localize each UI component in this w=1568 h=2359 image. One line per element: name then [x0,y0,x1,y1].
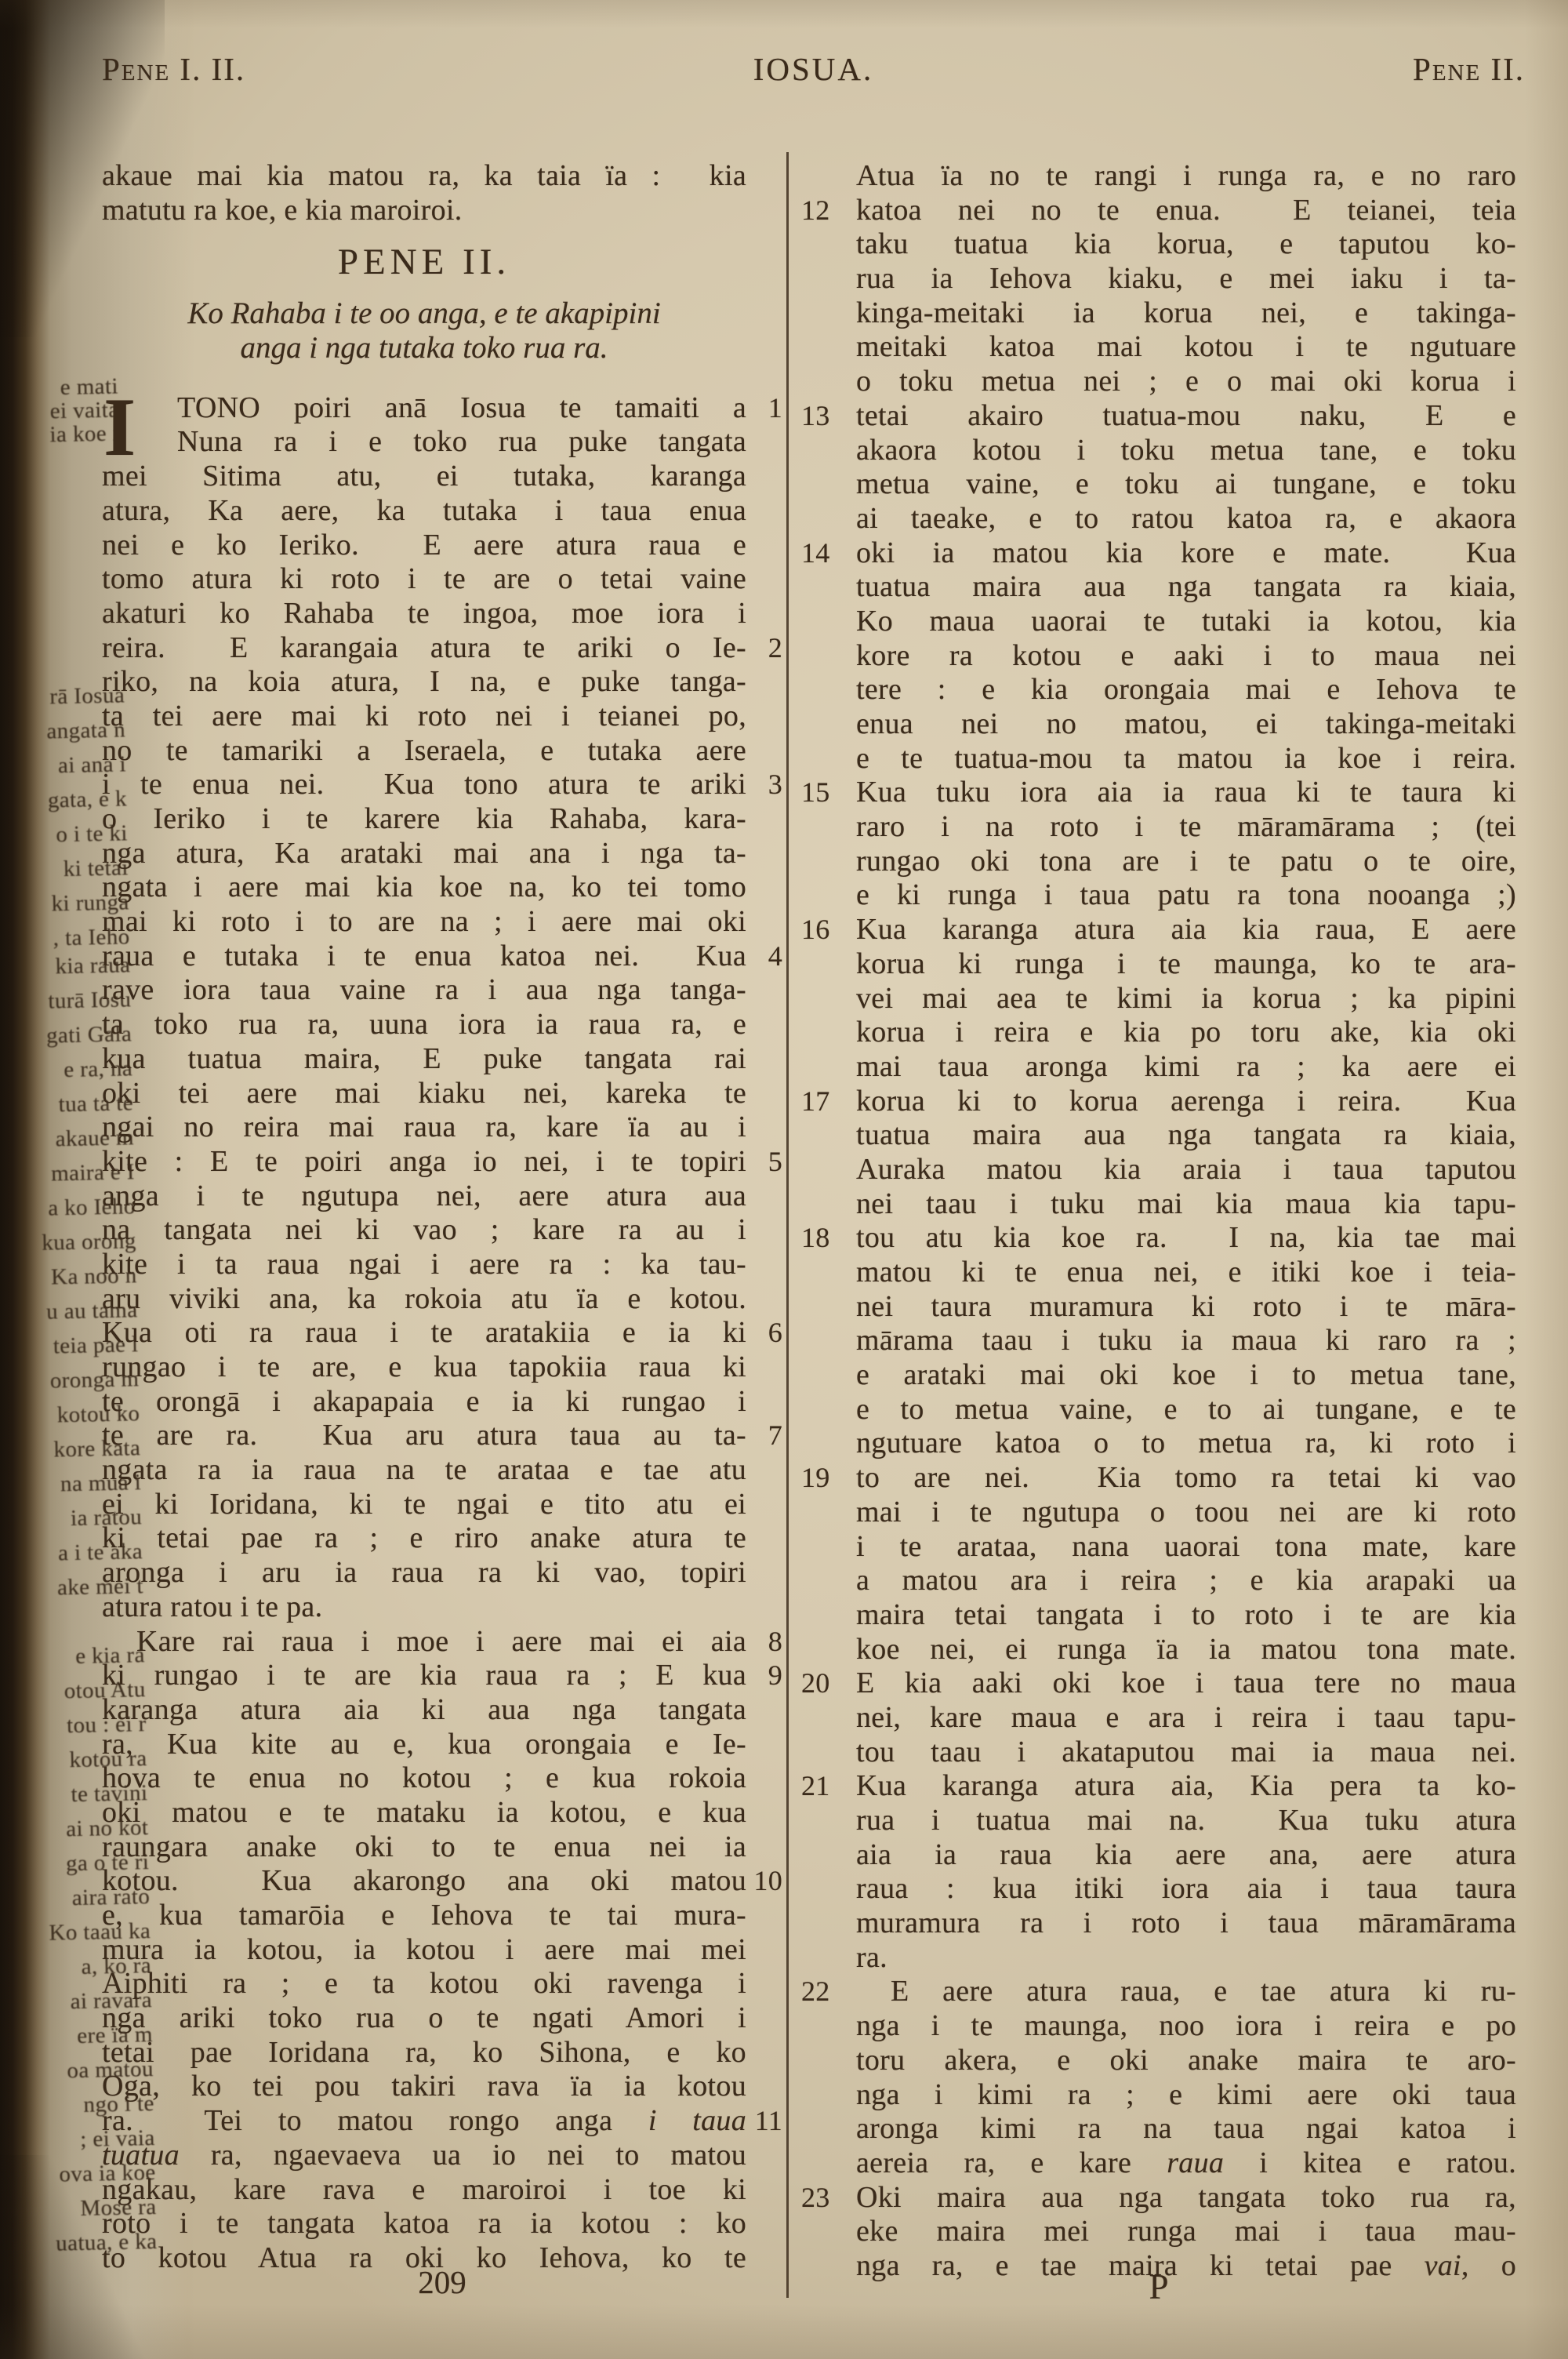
text-line-row: raua : kua itiki iora aia i taua taura [801,1872,1516,1906]
text-line-row: Auraka matou kia araia i taua taputou [801,1153,1516,1187]
verse-number [801,1941,856,1976]
text-line-row: ngai no reira mai raua ra, kare ïa au i [102,1110,782,1145]
signature-mark: P [801,2266,1516,2307]
text-line: enua nei no matou, ei takinga-meitaki [856,707,1516,742]
text-line: atura, Ka aere, ka tutaka i taua enua [102,494,746,529]
verse-number [801,1906,856,1941]
text-line: matou ki te enua nei, e itiki koe i teia… [856,1256,1516,1290]
text-line-row: tuatua ra, ngaevaeva ua io nei to matou [102,2139,782,2173]
text-line-row: matutu ra koe, e kia maroiroi. [102,194,782,228]
verse-number [801,2112,856,2146]
text-line-row: mārama taau i tuku ia maua ki raro ra ; [801,1324,1516,1358]
verse-number [801,296,856,331]
text-line: i te enua nei. Kua tono atura te ariki [102,768,746,802]
text-line-row: Kare rai raua i moe i aere mai ei aia8 [102,1625,782,1659]
text-line: nga ariki toko rua o te ngati Amori i [102,2001,746,2036]
text-line-row: te orongā i akapapaia e ia ki rungao i [102,1385,782,1419]
verse-number [801,467,856,502]
verse-number: 12 [801,194,856,228]
text-line-row: 19to are nei. Kia tomo ra tetai ki vao [801,1461,1516,1496]
text-line-row: metua vaine, e toku ai tungane, e toku [801,467,1516,502]
verse-number [801,159,856,194]
text-line: ei ki Ioridana, ki te ngai e tito atu ei [102,1488,746,1522]
text-line-row: aereia ra, e kare raua i kitea e ratou. [801,2146,1516,2181]
text-line: ngata ra ia raua na te arataa e tae atu [102,1453,746,1488]
text-line-row: nga i kimi ra ; e kimi aere oki taua [801,2078,1516,2113]
text-line: reira. E karangaia atura te ariki o Ie- [102,631,746,666]
text-line-row: meitaki katoa mai kotou i te ngutuare [801,330,1516,365]
verse-number [746,1110,782,1145]
text-line-row: ta tei aere mai ki roto nei i teianei po… [102,700,782,734]
text-line: maira tetai tangata i to roto i te are k… [856,1598,1516,1633]
verse-number [746,1590,782,1625]
right-column: Atua ïa no te rangi i runga ra, e no rar… [801,159,1516,2284]
text-line-row: 23Oki maira aua nga tangata toko rua ra, [801,2181,1516,2215]
text-line-row: TONO poiri anā Iosua te tamaiti a1 [102,391,782,426]
verse-number [801,227,856,262]
text-line: tuatua maira aua nga tangata ra kiaia, [856,1118,1516,1153]
text-line: kite i ta raua ngai i aere ra : ka tau- [102,1248,746,1282]
text-line: ngakau, kare rava e maroiroi i toe ki [102,2173,746,2208]
text-line: karanga atura aia ki aua nga tangata [102,1693,746,1728]
verse-number: 3 [746,768,782,802]
text-line: rua i tuatua mai na. Kua tuku atura [856,1804,1516,1838]
verse-number [801,2078,856,2113]
text-line-row: e ki runga i taua patu ra tona nooanga ;… [801,878,1516,913]
verse-number: 6 [746,1316,782,1350]
text-line: ki tetai pae ra ; e riro anake atura te [102,1521,746,1556]
verse-number [801,845,856,879]
text-line-row: reira. E karangaia atura te ariki o Ie-2 [102,631,782,666]
chapter-summary-line: Ko Rahaba i te oo anga, e te akapipini [102,296,746,331]
text-line-row: ra. Tei to matou rongo anga i taua11 [102,2104,782,2139]
text-line-row: ai taeake, e to ratou katoa ra, e akaora [801,502,1516,536]
text-line-row: kore ra kotou e aaki i to maua nei [801,639,1516,674]
text-line: aia ia raua kia aere ana, aere atura [856,1838,1516,1873]
running-head-right: Pene II. [1413,50,1525,88]
text-line-row: akaturi ko Rahaba te ingoa, moe iora i [102,597,782,631]
text-line-row: vei mai aea te kimi ia korua ; ka pipini [801,982,1516,1016]
text-line-row: maira tetai tangata i to roto i te are k… [801,1598,1516,1633]
text-line-row: ta toko rua ra, uuna iora ia raua ra, e [102,1008,782,1042]
text-line-row: rave iora taua vaine ra i aua nga tanga- [102,973,782,1008]
text-line: akaturi ko Rahaba te ingoa, moe iora i [102,597,746,631]
text-line: e arataki mai oki koe i to metua tane, [856,1358,1516,1393]
text-line: Nuna ra i e toko rua puke tangata [102,425,746,460]
text-line-row: oki matou e te mataku ia kotou, e kua [102,1796,782,1830]
text-line-row: toru akera, e oki anake maira te aro- [801,2044,1516,2078]
verse-number: 10 [746,1864,782,1899]
text-line-row: atura ratou i te pa. [102,1590,782,1625]
verse-number: 8 [746,1625,782,1659]
text-line-row: enua nei no matou, ei takinga-meitaki [801,707,1516,742]
verse-number: 23 [801,2181,856,2215]
text-line-row: 15Kua tuku iora aia ia raua ki te taura … [801,776,1516,810]
verse-number [801,1290,856,1325]
text-line: mārama taau i tuku ia maua ki raro ra ; [856,1324,1516,1358]
verse-number [746,1077,782,1111]
text-line: kite : E te poiri anga io nei, i te topi… [102,1145,746,1179]
text-line: kore ra kotou e aaki i to maua nei [856,639,1516,674]
text-line-row: kotou. Kua akarongo ana oki matou10 [102,1864,782,1899]
verse-number [746,159,782,194]
verse-number [746,2173,782,2208]
text-line: nga atura, Ka arataki mai ana i nga ta- [102,837,746,871]
text-line-row: mai taua aronga kimi ra ; ka aere ei [801,1050,1516,1085]
text-line: o Ieriko i te karere kia Rahaba, kara- [102,802,746,837]
text-line: Kua oti ra raua i te aratakiia e ia ki [102,1316,746,1350]
text-line: muramura ra i roto i taua māramārama [856,1906,1516,1941]
text-line: tetai pae Ioridana ra, ko Sihona, e ko [102,2036,746,2070]
text-line: e ki runga i taua patu ra tona nooanga ;… [856,878,1516,913]
verse-number [801,365,856,399]
text-line: no te tamariki a Iseraela, e tutaka aere [102,734,746,769]
text-line: Kua tuku iora aia ia raua ki te taura ki [856,776,1516,810]
text-line-row: nga i te maunga, noo iora i reira e po [801,2009,1516,2044]
verse-number: 19 [801,1461,856,1496]
text-line-row: rungao i te are, e kua tapokiia raua ki [102,1350,782,1385]
verse-number [801,1804,856,1838]
text-line: aru viviki ana, ka rokoia atu ïa e kotou… [102,1282,746,1317]
verse-number [746,1248,782,1282]
verse-number [801,2044,856,2078]
text-line: toru akera, e oki anake maira te aro- [856,2044,1516,2078]
running-head-title: IOSUA. [102,50,1525,88]
text-line-row: a matou ara i reira ; e kia arapaki ua [801,1564,1516,1598]
text-line: rave iora taua vaine ra i aua nga tanga- [102,973,746,1008]
text-line: e, kua tamarōia e Iehova te tai mura- [102,1899,746,1933]
verse-number [746,2036,782,2070]
verse-number: 4 [746,940,782,974]
text-line-row: kite : E te poiri anga io nei, i te topi… [102,1145,782,1179]
text-line: nei, kare maua e ara i reira i taau tapu… [856,1701,1516,1736]
text-line-row: mura ia kotou, ia kotou i aere mai mei [102,1933,782,1968]
verse-number [746,973,782,1008]
text-line-row: Oga, ko tei pou takiri rava ïa ia kotou [102,2070,782,2104]
text-line: vei mai aea te kimi ia korua ; ka pipini [856,982,1516,1016]
text-line-row: tuatua maira aua nga tangata ra kiaia, [801,570,1516,605]
text-line-row: mei Sitima atu, ei tutaka, karanga [102,460,782,494]
verse-number [801,1393,856,1427]
verse-number [801,1153,856,1187]
text-line: hova te enua no kotou ; e kua rokoia [102,1761,746,1796]
verse-number [801,1872,856,1906]
text-line-row: kua tuatua maira, E puke tangata rai [102,1042,782,1077]
text-line-row: Atua ïa no te rangi i runga ra, e no rar… [801,159,1516,194]
verse-number [801,2215,856,2249]
text-line-row: nei e ko Ieriko. E aere atura raua e [102,529,782,563]
text-line: nei e ko Ieriko. E aere atura raua e [102,529,746,563]
text-line-row: ngutuare katoa o to metua ra, ki roto i [801,1427,1516,1461]
verse-number [801,1633,856,1667]
text-line-row: kite i ta raua ngai i aere ra : ka tau- [102,1248,782,1282]
text-line: nga i te maunga, noo iora i reira e po [856,2009,1516,2044]
verse-number [746,597,782,631]
text-line: rua ia Iehova kiaku, e mei iaku i ta- [856,262,1516,296]
text-line: tuatua maira aua nga tangata ra kiaia, [856,570,1516,605]
text-line: katoa nei no te enua. E teianei, teia [856,194,1516,228]
text-line-row: i te arataa, nana uaorai tona mate, kare [801,1530,1516,1565]
verse-number: 1 [746,391,782,426]
text-line-row: Nuna ra i e toko rua puke tangata [102,425,782,460]
verse-number [801,639,856,674]
verse-number [801,2146,856,2181]
text-line-row: mai i te ngutupa o toou nei are ki roto [801,1496,1516,1530]
verse-number [746,1967,782,2001]
verse-number: 13 [801,399,856,434]
verse-number [801,330,856,365]
text-line: te are ra. Kua aru atura taua au ta- [102,1419,746,1453]
verse-number [746,1556,782,1590]
text-line-row: Kua oti ra raua i te aratakiia e ia ki6 [102,1316,782,1350]
verse-number: 15 [801,776,856,810]
text-line: Atua ïa no te rangi i runga ra, e no rar… [856,159,1516,194]
text-line-row: 12katoa nei no te enua. E teianei, teia [801,194,1516,228]
text-line: kotou. Kua akarongo ana oki matou [102,1864,746,1899]
text-line: taku tuatua kia korua, e taputou ko- [856,227,1516,262]
text-line-row: karanga atura aia ki aua nga tangata [102,1693,782,1728]
verse-number [801,2009,856,2044]
text-line-row: 21Kua karanga atura aia, Kia pera ta ko- [801,1769,1516,1804]
text-line: eke maira mei runga mai i taua mau- [856,2215,1516,2249]
chapter-summary: Ko Rahaba i te oo anga, e te akapipinian… [102,296,782,365]
verse-number [746,2139,782,2173]
text-line-row: ei ki Ioridana, ki te ngai e tito atu ei [102,1488,782,1522]
verse-number [801,673,856,707]
verse-number [746,194,782,228]
text-line: ra. Tei to matou rongo anga i taua [102,2104,746,2139]
text-line-row: roto i te tangata katoa ra ia kotou : ko [102,2207,782,2241]
text-line-row: koe nei, ei runga ïa ia matou tona mate. [801,1633,1516,1667]
text-line: meitaki katoa mai kotou i te ngutuare [856,330,1516,365]
verse-number [801,570,856,605]
verse-number: 17 [801,1085,856,1119]
text-line: kua tuatua maira, E puke tangata rai [102,1042,746,1077]
text-line-row: rua ia Iehova kiaku, e mei iaku i ta- [801,262,1516,296]
text-line-row: nga atura, Ka arataki mai ana i nga ta- [102,837,782,871]
verse-number [746,1488,782,1522]
verse-number [746,1385,782,1419]
text-line-row: na tangata nei ki vao ; kare ra au i [102,1213,782,1248]
verse-number: 7 [746,1419,782,1453]
text-line: mai i te ngutupa o toou nei are ki roto [856,1496,1516,1530]
text-line: a matou ara i reira ; e kia arapaki ua [856,1564,1516,1598]
running-head: Pene I. II. IOSUA. Pene II. [102,50,1525,91]
text-line-row: Ko maua uaorai te tutaki ia kotou, kia [801,605,1516,639]
text-line: ta toko rua ra, uuna iora ia raua ra, e [102,1008,746,1042]
text-line: matutu ra koe, e kia maroiroi. [102,194,746,228]
left-column-body: ITONO poiri anā Iosua te tamaiti a1Nuna … [102,391,782,2276]
text-line: tere : e kia orongaia mai e Iehova te [856,673,1516,707]
text-line-row: e, kua tamarōia e Iehova te tai mura- [102,1899,782,1933]
text-line: tetai akairo tuatua-mou naku, E e [856,399,1516,434]
text-line-row: oki tei aere mai kiaku nei, kareka te [102,1077,782,1111]
drop-cap: I [103,394,136,460]
verse-number [801,1598,856,1633]
text-line-row: i te enua nei. Kua tono atura te ariki3 [102,768,782,802]
text-line: metua vaine, e toku ai tungane, e toku [856,467,1516,502]
verse-number: 21 [801,1769,856,1804]
text-line-row: tou taau i akataputou mai ia maua nei. [801,1736,1516,1770]
verse-number: 14 [801,536,856,571]
text-line-row: ki rungao i te are kia raua ra ; E kua9 [102,1659,782,1693]
verse-number [801,742,856,776]
text-line: tou taau i akataputou mai ia maua nei. [856,1736,1516,1770]
text-line-row: e to metua vaine, e to ai tungane, e te [801,1393,1516,1427]
text-line-row: ngakau, kare rava e maroiroi i toe ki [102,2173,782,2208]
text-line: Ko maua uaorai te tutaki ia kotou, kia [856,605,1516,639]
text-line-row: nei taau i tuku mai kia maua kia tapu- [801,1187,1516,1222]
verse-number [746,2207,782,2241]
verse-number: 9 [746,1659,782,1693]
text-line-row: o toku metua nei ; e o mai oki korua i [801,365,1516,399]
text-line-row: ra. [801,1941,1516,1976]
verse-number [801,982,856,1016]
text-line: koe nei, ei runga ïa ia matou tona mate. [856,1633,1516,1667]
text-line: atura ratou i te pa. [102,1590,746,1625]
text-line: ki rungao i te are kia raua ra ; E kua [102,1659,746,1693]
text-line: akaora kotou i toku metua tane, e toku [856,434,1516,468]
text-line-row: ngata i aere mai kia koe na, ko tei tomo [102,871,782,905]
verse-number [801,1427,856,1461]
text-line-row: aru viviki ana, ka rokoia atu ïa e kotou… [102,1282,782,1317]
text-line-row: tere : e kia orongaia mai e Iehova te [801,673,1516,707]
chapter-summary-line: anga i nga tutaka toko rua ra. [102,331,746,365]
verse-number [746,1282,782,1317]
text-line-row: raro i na roto i te māramārama ; (tei [801,810,1516,845]
verse-number [801,1701,856,1736]
text-line-row: akaue mai kia matou ra, ka taia ïa : kia [102,159,782,194]
verse-number [746,1213,782,1248]
verse-number [746,1796,782,1830]
text-line-row: aronga i aru ia raua ra ki vao, topiri [102,1556,782,1590]
text-line: aronga i aru ia raua ra ki vao, topiri [102,1556,746,1590]
text-line-row: e te tuatua-mou ta matou ia koe i reira. [801,742,1516,776]
verse-number: 20 [801,1667,856,1701]
text-line-row: rungao oki tona are i te patu o te oire, [801,845,1516,879]
text-line: korua i reira e kia po toru ake, kia oki [856,1016,1516,1050]
verse-number [801,1118,856,1153]
text-line: e te tuatua-mou ta matou ia koe i reira. [856,742,1516,776]
verse-number [801,1530,856,1565]
text-line: rungao i te are, e kua tapokiia raua ki [102,1350,746,1385]
verse-number [746,1521,782,1556]
text-line: ra. [856,1941,1516,1976]
verse-number [746,1761,782,1796]
text-line-row: 22E aere atura raua, e tae atura ki ru- [801,1975,1516,2009]
verse-number [746,425,782,460]
text-line-row: akaora kotou i toku metua tane, e toku [801,434,1516,468]
text-line-row: nei taura muramura ki roto i te māra- [801,1290,1516,1325]
verse-number [746,494,782,529]
text-line: raungara anake oki to te enua nei ia [102,1830,746,1865]
text-line: raua : kua itiki iora aia i taua taura [856,1872,1516,1906]
text-line: Oki maira aua nga tangata toko rua ra, [856,2181,1516,2215]
verse-number [801,810,856,845]
verse-number: 11 [746,2104,782,2139]
text-line-row: raungara anake oki to te enua nei ia [102,1830,782,1865]
text-line: tomo atura ki roto i te are o tetai vain… [102,562,746,597]
column-divider-rule [786,152,789,2298]
text-line-row: kinga-meitaki ia korua nei, e takinga- [801,296,1516,331]
text-line-row: taku tuatua kia korua, e taputou ko- [801,227,1516,262]
text-line-row: ra, Kua kite au e, kua orongaia e Ie- [102,1728,782,1762]
verse-number [746,529,782,563]
verse-number [746,1350,782,1385]
verse-number [746,700,782,734]
text-line: ra, Kua kite au e, kua orongaia e Ie- [102,1728,746,1762]
text-line: e to metua vaine, e to ai tungane, e te [856,1393,1516,1427]
text-line: nei taura muramura ki roto i te māra- [856,1290,1516,1325]
text-line: TONO poiri anā Iosua te tamaiti a [102,391,746,426]
verse-number: 18 [801,1221,856,1256]
verse-number [801,605,856,639]
right-column-body: Atua ïa no te rangi i runga ra, e no rar… [801,159,1516,2284]
text-line: nga i kimi ra ; e kimi aere oki taua [856,2078,1516,2113]
text-line: Kua karanga atura aia kia raua, E aere [856,913,1516,947]
verse-number [801,502,856,536]
text-line-row: eke maira mei runga mai i taua mau- [801,2215,1516,2249]
text-line: Auraka matou kia araia i taua taputou [856,1153,1516,1187]
text-line-row: 16Kua karanga atura aia kia raua, E aere [801,913,1516,947]
text-line: Kare rai raua i moe i aere mai ei aia [102,1625,746,1659]
verse-number [746,1830,782,1865]
text-line: roto i te tangata katoa ra ia kotou : ko [102,2207,746,2241]
verse-number [746,1693,782,1728]
verse-number [746,1179,782,1214]
verse-number [746,460,782,494]
text-line-row: 13tetai akairo tuatua-mou naku, E e [801,399,1516,434]
page-number: 209 [102,2263,782,2301]
text-line: te orongā i akapapaia e ia ki rungao i [102,1385,746,1419]
verse-number [746,2001,782,2036]
verse-number [746,802,782,837]
verse-number [746,562,782,597]
text-line-row: tomo atura ki roto i te are o tetai vain… [102,562,782,597]
text-line-row: raua e tutaka i te enua katoa nei. Kua4 [102,940,782,974]
text-line: aronga kimi ra na taua ngai katoa i [856,2112,1516,2146]
text-line: raua e tutaka i te enua katoa nei. Kua [102,940,746,974]
text-line: tuatua ra, ngaevaeva ua io nei to matou [102,2139,746,2173]
text-line: tou atu kia koe ra. I na, kia tae mai [856,1221,1516,1256]
text-line: oki tei aere mai kiaku nei, kareka te [102,1077,746,1111]
text-line: mura ia kotou, ia kotou i aere mai mei [102,1933,746,1968]
text-line: korua ki runga i te maunga, ko te ara- [856,947,1516,982]
chapter-heading: PENE II. [102,237,746,287]
text-line-row: riko, na koia atura, I na, e puke tanga- [102,665,782,700]
text-line-row: matou ki te enua nei, e itiki koe i teia… [801,1256,1516,1290]
text-line: Aiphiti ra ; e ta kotou oki ravenga i [102,1967,746,2001]
text-line-row: ki tetai pae ra ; e riro anake atura te [102,1521,782,1556]
verse-number [746,2070,782,2104]
verse-number [746,1728,782,1762]
text-line: ngata i aere mai kia koe na, ko tei tomo [102,871,746,905]
text-line: na tangata nei ki vao ; kare ra au i [102,1213,746,1248]
verse-number [801,434,856,468]
verse-number [801,1256,856,1290]
text-line: ta tei aere mai ki roto nei i teianei po… [102,700,746,734]
text-line: ai taeake, e to ratou katoa ra, e akaora [856,502,1516,536]
verse-number [801,1324,856,1358]
verse-number: 22 [801,1975,856,2009]
text-line: i te arataa, nana uaorai tona mate, kare [856,1530,1516,1565]
verse-number [746,1899,782,1933]
text-line-row: mai ki roto i to are na ; i aere mai oki [102,905,782,940]
verse-number: 2 [746,631,782,666]
text-line: aereia ra, e kare raua i kitea e ratou. [856,2146,1516,2181]
verse-number [801,1564,856,1598]
text-line-row: tuatua maira aua nga tangata ra kiaia, [801,1118,1516,1153]
